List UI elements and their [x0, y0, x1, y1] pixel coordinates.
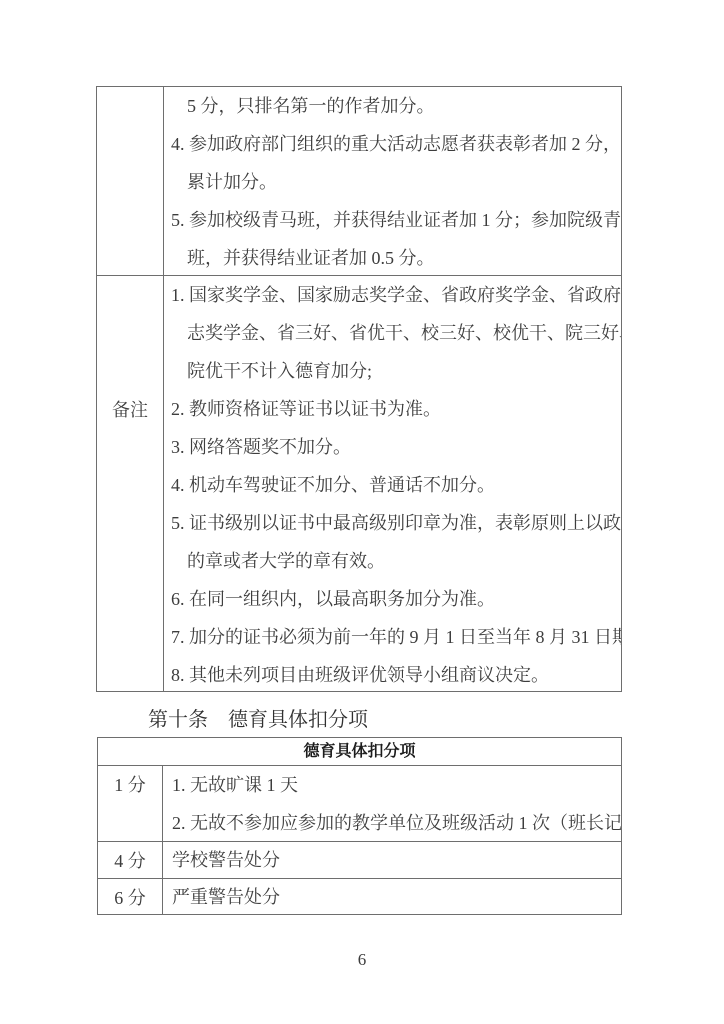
- note-label: 备注: [112, 400, 148, 420]
- note-line: 8. 其他未列项目由班级评优领导小组商议决定。: [164, 656, 621, 691]
- bonus-row-label-cell-empty: [97, 87, 164, 275]
- deduction-score: 1 分: [114, 775, 146, 795]
- deduction-content-cell: 1. 无故旷课 1 天 2. 无故不参加应参加的教学单位及班级活动 1 次（班长…: [163, 766, 621, 841]
- bonus-line: 4. 参加政府部门组织的重大活动志愿者获表彰者加 2 分，不: [164, 125, 621, 163]
- bonus-line: 5. 参加校级青马班，并获得结业证者加 1 分；参加院级青马: [164, 201, 621, 239]
- deduction-score-cell: 4 分: [98, 842, 163, 878]
- deduction-row-6points: 6 分 严重警告处分: [98, 879, 621, 914]
- note-line: 的章或者大学的章有效。: [164, 542, 621, 580]
- note-label-cell: 备注: [97, 276, 164, 691]
- note-line: 1. 国家奖学金、国家励志奖学金、省政府奖学金、省政府励: [164, 276, 621, 314]
- note-line: 4. 机动车驾驶证不加分、普通话不加分。: [164, 466, 621, 504]
- bonus-line: 累计加分。: [164, 163, 621, 201]
- bonus-line: 5 分，只排名第一的作者加分。: [164, 87, 621, 125]
- bonus-row-content: 5 分，只排名第一的作者加分。 4. 参加政府部门组织的重大活动志愿者获表彰者加…: [164, 87, 621, 275]
- page-number: 6: [0, 948, 724, 972]
- deduction-row-4points: 4 分 学校警告处分: [98, 842, 621, 879]
- deduction-score-cell: 6 分: [98, 879, 163, 914]
- deduction-line: 1. 无故旷课 1 天: [163, 766, 621, 804]
- note-line: 院优干不计入德育加分;: [164, 352, 621, 390]
- note-line: 7. 加分的证书必须为前一年的 9 月 1 日至当年 8 月 31 日期间。: [164, 618, 621, 656]
- article-heading: 第十条 德育具体扣分项: [148, 703, 368, 732]
- deduction-content-cell: 学校警告处分: [163, 842, 621, 878]
- bonus-items-row: 5 分，只排名第一的作者加分。 4. 参加政府部门组织的重大活动志愿者获表彰者加…: [97, 87, 621, 276]
- note-line: 志奖学金、省三好、省优干、校三好、校优干、院三好、: [164, 314, 621, 352]
- deduction-table-header: 德育具体扣分项: [98, 738, 621, 766]
- document-page: 5 分，只排名第一的作者加分。 4. 参加政府部门组织的重大活动志愿者获表彰者加…: [0, 0, 724, 1024]
- deduction-score: 4 分: [114, 847, 146, 873]
- note-content: 1. 国家奖学金、国家励志奖学金、省政府奖学金、省政府励 志奖学金、省三好、省优…: [164, 276, 621, 691]
- deduction-row-1point: 1 分 1. 无故旷课 1 天 2. 无故不参加应参加的教学单位及班级活动 1 …: [98, 766, 621, 842]
- bonus-line: 班，并获得结业证者加 0.5 分。: [164, 239, 621, 275]
- note-line: 2. 教师资格证等证书以证书为准。: [164, 390, 621, 428]
- note-line: 3. 网络答题奖不加分。: [164, 428, 621, 466]
- deduction-content-cell: 严重警告处分: [163, 879, 621, 914]
- note-row: 备注 1. 国家奖学金、国家励志奖学金、省政府奖学金、省政府励 志奖学金、省三好…: [97, 276, 621, 691]
- deduction-line: 严重警告处分: [163, 887, 280, 907]
- deduction-table: 德育具体扣分项 1 分 1. 无故旷课 1 天 2. 无故不参加应参加的教学单位…: [97, 737, 622, 915]
- deduction-score: 6 分: [114, 884, 146, 910]
- deduction-score-cell: 1 分: [98, 766, 163, 841]
- deduction-line: 学校警告处分: [163, 850, 280, 870]
- note-line: 6. 在同一组织内，以最高职务加分为准。: [164, 580, 621, 618]
- deduction-line: 2. 无故不参加应参加的教学单位及班级活动 1 次（班长记录）: [163, 804, 621, 841]
- note-line: 5. 证书级别以证书中最高级别印章为准，表彰原则上以政府: [164, 504, 621, 542]
- bonus-table-continuation: 5 分，只排名第一的作者加分。 4. 参加政府部门组织的重大活动志愿者获表彰者加…: [96, 86, 622, 692]
